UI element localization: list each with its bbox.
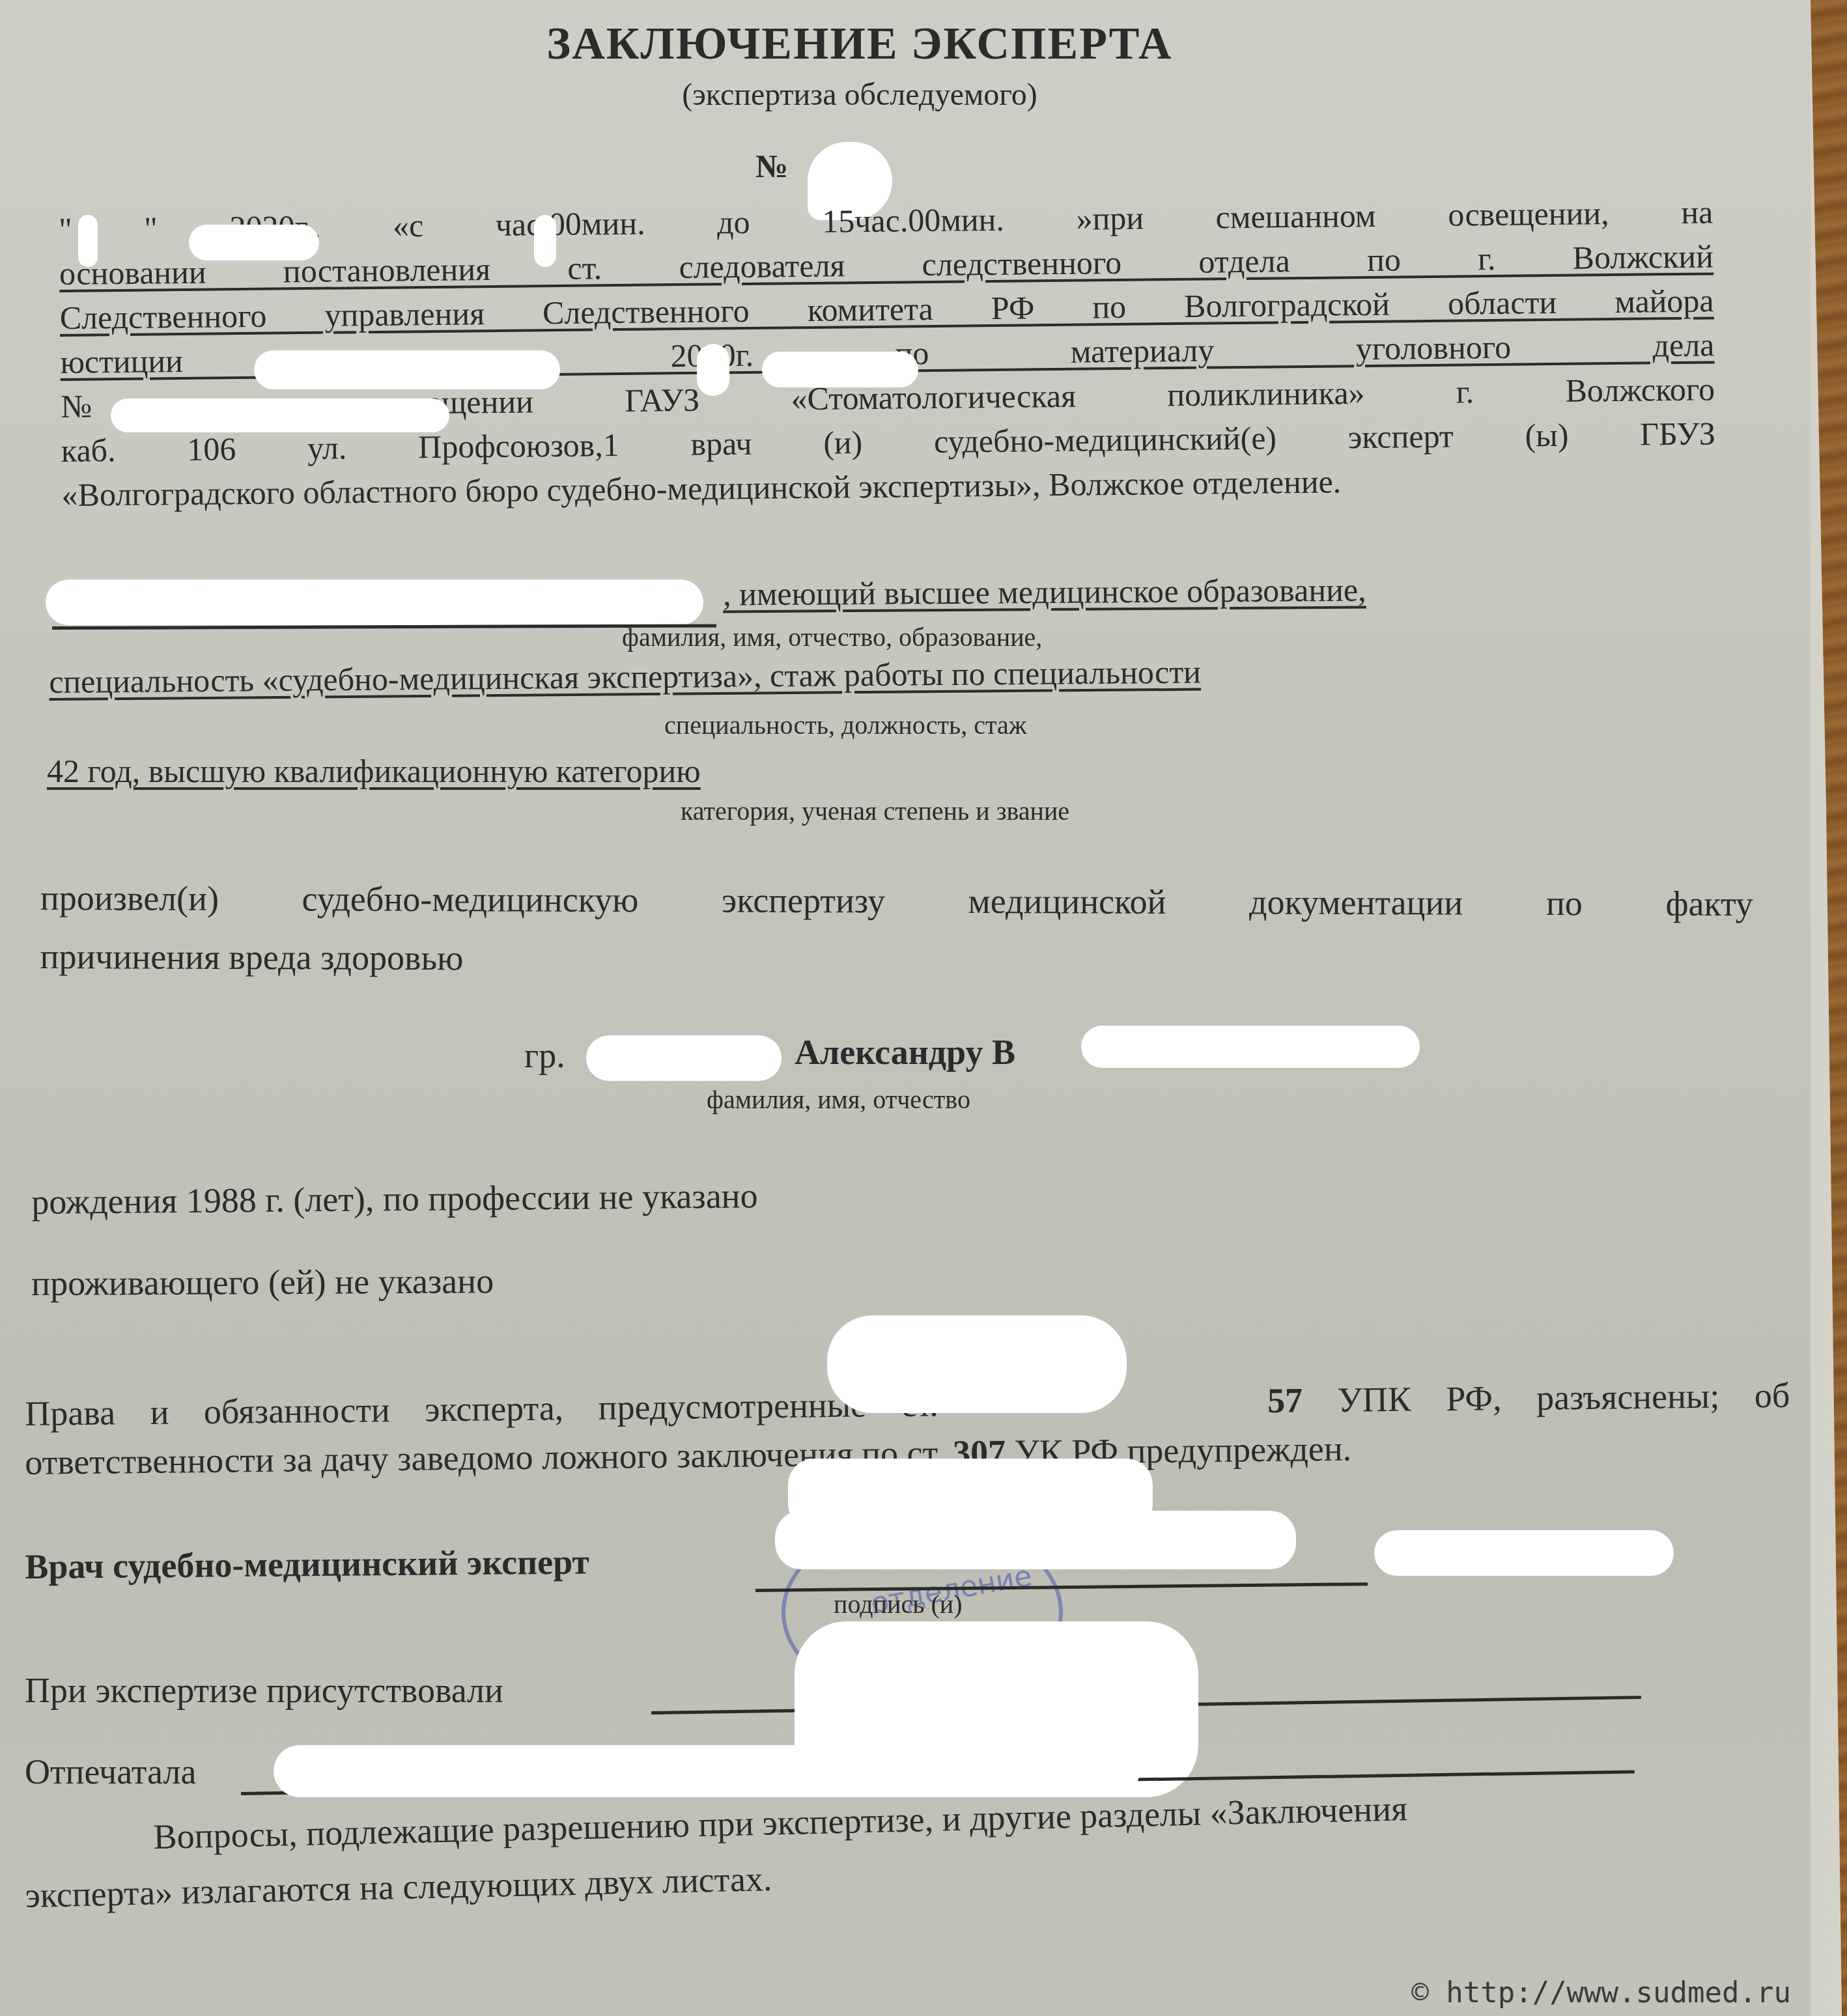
redaction-case-number xyxy=(111,399,449,432)
redaction-investigator-name xyxy=(254,350,560,389)
expert-signature-label: Врач судебно-медицинский эксперт xyxy=(25,1541,589,1587)
redaction-signature-mark-1 xyxy=(827,1315,1127,1413)
subject-prefix: гр. xyxy=(524,1035,565,1076)
redaction-subject-patronymic xyxy=(1081,1026,1420,1068)
subject-name: Александру В xyxy=(795,1032,1015,1072)
watermark[interactable]: © http://www.sudmed.ru xyxy=(1411,1976,1791,2009)
redaction-subject-surname xyxy=(586,1035,782,1081)
signature-caption: подпись (и) xyxy=(834,1589,962,1619)
rights-article-57: 57 xyxy=(1267,1380,1303,1420)
subject-residence-line: проживающего (ей) не указано xyxy=(31,1261,494,1304)
expert-category-line: 42 год, высшую квалификационную категори… xyxy=(47,752,701,790)
document-number-label: № xyxy=(755,147,788,185)
redaction-order-month xyxy=(762,352,918,387)
redaction-expert-signature xyxy=(775,1511,1296,1569)
examination-line-1: произвел(и) судебно-медицинскую эксперти… xyxy=(40,876,1753,940)
document-page: ЗАКЛЮЧЕНИЕ ЭКСПЕРТА (экспертиза обследуе… xyxy=(0,0,1811,2016)
expert-category-caption: категория, ученая степень и звание xyxy=(681,796,1069,826)
examination-paragraph: произвел(и) судебно-медицинскую эксперти… xyxy=(40,876,1753,985)
redaction-order-date xyxy=(697,344,729,396)
subject-name-caption: фамилия, имя, отчество xyxy=(707,1084,970,1115)
redaction-date-month xyxy=(189,225,319,260)
redaction-expert-initials xyxy=(1374,1530,1674,1576)
expert-specialty-caption: специальность, должность, стаж xyxy=(664,710,1026,740)
rights-line-2: ответственности за дачу заведомо ложного… xyxy=(25,1429,1351,1483)
redaction-expert-name xyxy=(46,580,703,625)
rights-line-1-text: Права и обязанности эксперта, предусмотр… xyxy=(25,1384,938,1434)
rights-line-1-end: УПК РФ, разъяснены; об xyxy=(1303,1376,1790,1420)
document-subtitle: (экспертиза обследуемого) xyxy=(0,77,1719,113)
footer-note-line-1: Вопросы, подлежащие разрешению при экспе… xyxy=(153,1788,1408,1857)
redaction-start-hour xyxy=(534,215,556,267)
footer-note-line-2: эксперта» излагаются на следующих двух л… xyxy=(25,1858,772,1916)
present-label: При экспертизе присутствовали xyxy=(25,1670,503,1711)
expert-specialty-line: специальность «судебно-медицинская экспе… xyxy=(49,653,1201,701)
expert-education-line: , имеющий высшее медицинское образование… xyxy=(723,571,1366,613)
subject-birth-line: рождения 1988 г. (лет), по профессии не … xyxy=(31,1175,758,1222)
redaction-date-day xyxy=(78,215,98,267)
expert-education-caption: фамилия, имя, отчество, образование, xyxy=(622,622,1042,652)
typed-by-label: Отпечатала xyxy=(25,1752,196,1792)
examination-line-2: причинения вреда здоровью xyxy=(40,934,1753,985)
document-title: ЗАКЛЮЧЕНИЕ ЭКСПЕРТА xyxy=(0,18,1719,70)
redaction-typist-name xyxy=(274,1745,1140,1797)
